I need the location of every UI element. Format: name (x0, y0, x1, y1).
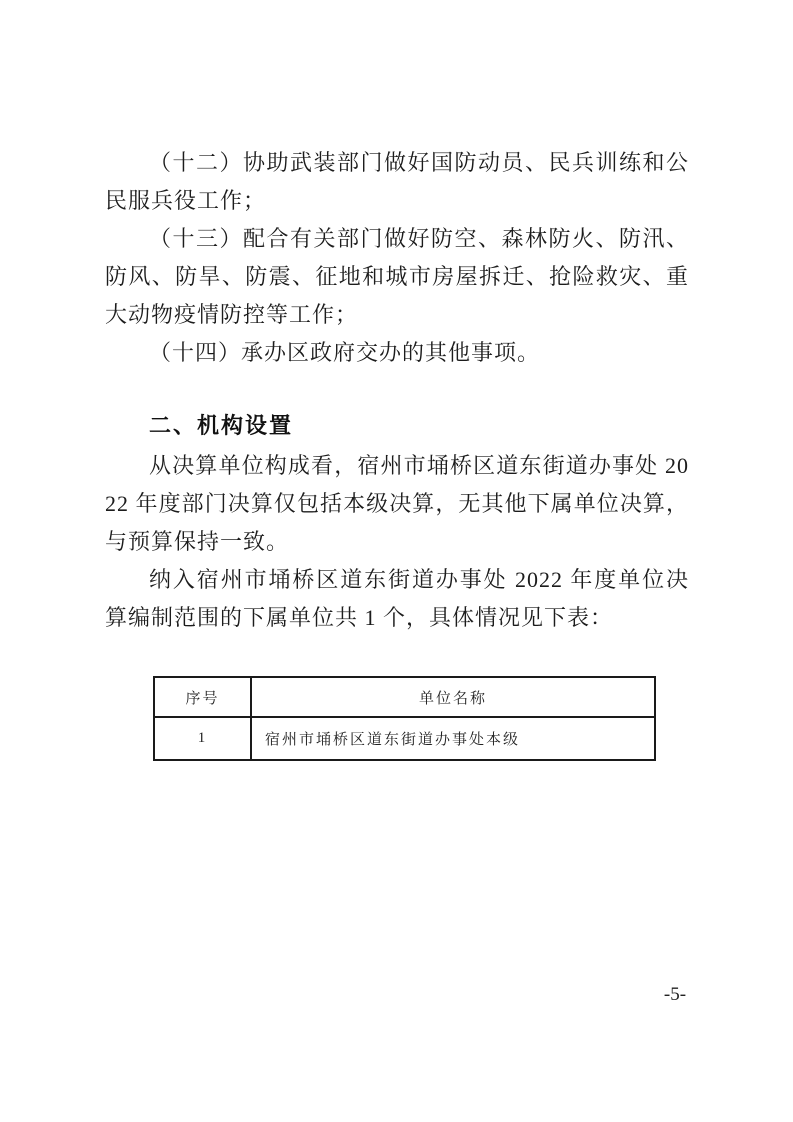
page-number: -5- (652, 984, 698, 1006)
paragraph-unit-composition: 从决算单位构成看，宿州市埇桥区道东街道办事处 2022 年度部门决算仅包括本级决… (105, 447, 689, 561)
table-row: 1 宿州市埇桥区道东街道办事处本级 (154, 717, 655, 760)
unit-list-table: 序号 单位名称 1 宿州市埇桥区道东街道办事处本级 (153, 676, 656, 761)
table-cell-index: 1 (154, 717, 251, 760)
paragraph-item-13: （十三）配合有关部门做好防空、森林防火、防汛、防风、防旱、防震、征地和城市房屋拆… (105, 220, 689, 334)
table-header-index: 序号 (154, 677, 251, 717)
document-content: （十二）协助武装部门做好国防动员、民兵训练和公民服兵役工作； （十三）配合有关部… (105, 144, 689, 761)
section-heading-organization-setup: 二、机构设置 (149, 407, 689, 445)
paragraph-subordinate-units: 纳入宿州市埇桥区道东街道办事处 2022 年度单位决算编制范围的下属单位共 1 … (105, 561, 689, 637)
paragraph-item-14: （十四）承办区政府交办的其他事项。 (105, 334, 689, 372)
document-page: （十二）协助武装部门做好国防动员、民兵训练和公民服兵役工作； （十三）配合有关部… (0, 0, 793, 1122)
paragraph-item-12: （十二）协助武装部门做好国防动员、民兵训练和公民服兵役工作； (105, 144, 689, 220)
table-header-unit-name: 单位名称 (251, 677, 655, 717)
table-header-row: 序号 单位名称 (154, 677, 655, 717)
table-cell-unit-name: 宿州市埇桥区道东街道办事处本级 (251, 717, 655, 760)
